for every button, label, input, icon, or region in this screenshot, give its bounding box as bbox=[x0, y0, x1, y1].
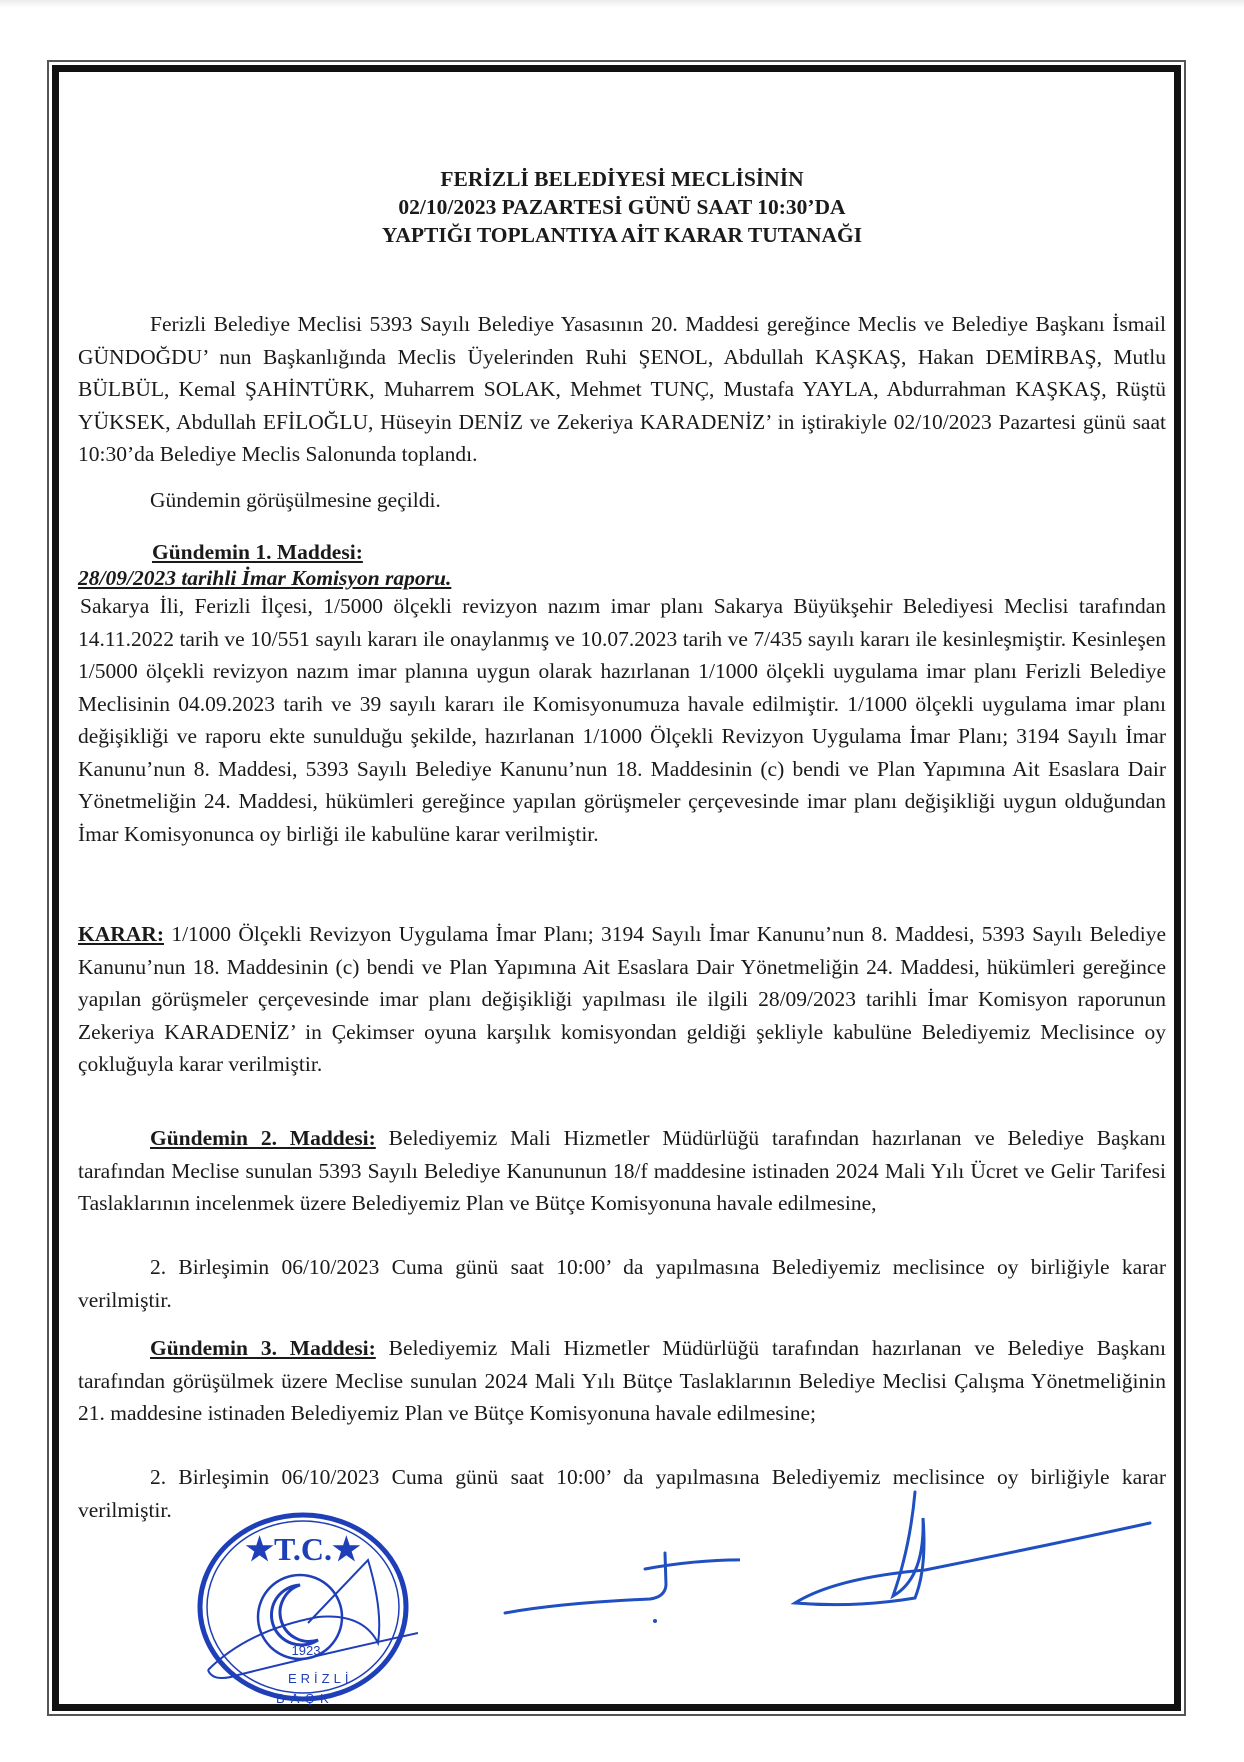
agenda-start: Gündemin görüşülmesine geçildi. bbox=[78, 484, 1166, 517]
svg-text:ERİZLİ: ERİZLİ bbox=[288, 1671, 352, 1686]
item2-heading: Gündemin 2. Maddesi: bbox=[150, 1126, 376, 1150]
signature-1 bbox=[500, 1545, 740, 1635]
signature-2 bbox=[775, 1488, 1155, 1618]
decision-text: 1/1000 Ölçekli Revizyon Uygulama İmar Pl… bbox=[78, 922, 1166, 1076]
item2-session: 2. Birleşimin 06/10/2023 Cuma günü saat … bbox=[78, 1251, 1166, 1316]
svg-text:BAŞK: BAŞK bbox=[276, 1691, 335, 1706]
document-title: FERİZLİ BELEDİYESİ MECLİSİNİN 02/10/2023… bbox=[78, 165, 1166, 249]
item2-paragraph: Gündemin 2. Maddesi: Belediyemiz Mali Hi… bbox=[78, 1122, 1166, 1220]
intro-paragraph: Ferizli Belediye Meclisi 5393 Sayılı Bel… bbox=[78, 308, 1166, 471]
item3-paragraph: Gündemin 3. Maddesi: Belediyemiz Mali Hi… bbox=[78, 1332, 1166, 1430]
decision-label: KARAR: bbox=[78, 922, 164, 946]
item3-heading: Gündemin 3. Maddesi: bbox=[150, 1336, 376, 1360]
stamp-tc-text: ★T.C.★ bbox=[245, 1531, 361, 1567]
title-line-2: 02/10/2023 PAZARTESİ GÜNÜ SAAT 10:30’DA bbox=[78, 193, 1166, 221]
title-line-1: FERİZLİ BELEDİYESİ MECLİSİNİN bbox=[78, 165, 1166, 193]
stamp-seal-icon: ★T.C.★ 1923 ERİZLİ BAŞK bbox=[188, 1505, 418, 1710]
stamp-year-text: 1923 bbox=[292, 1643, 321, 1658]
item1-body: Sakarya İli, Ferizli İlçesi, 1/5000 ölçe… bbox=[78, 590, 1166, 850]
item1-decision: KARAR: 1/1000 Ölçekli Revizyon Uygulama … bbox=[78, 918, 1166, 1081]
title-line-3: YAPTIĞI TOPLANTIYA AİT KARAR TUTANAĞI bbox=[78, 221, 1166, 249]
scan-edge bbox=[0, 0, 1244, 8]
